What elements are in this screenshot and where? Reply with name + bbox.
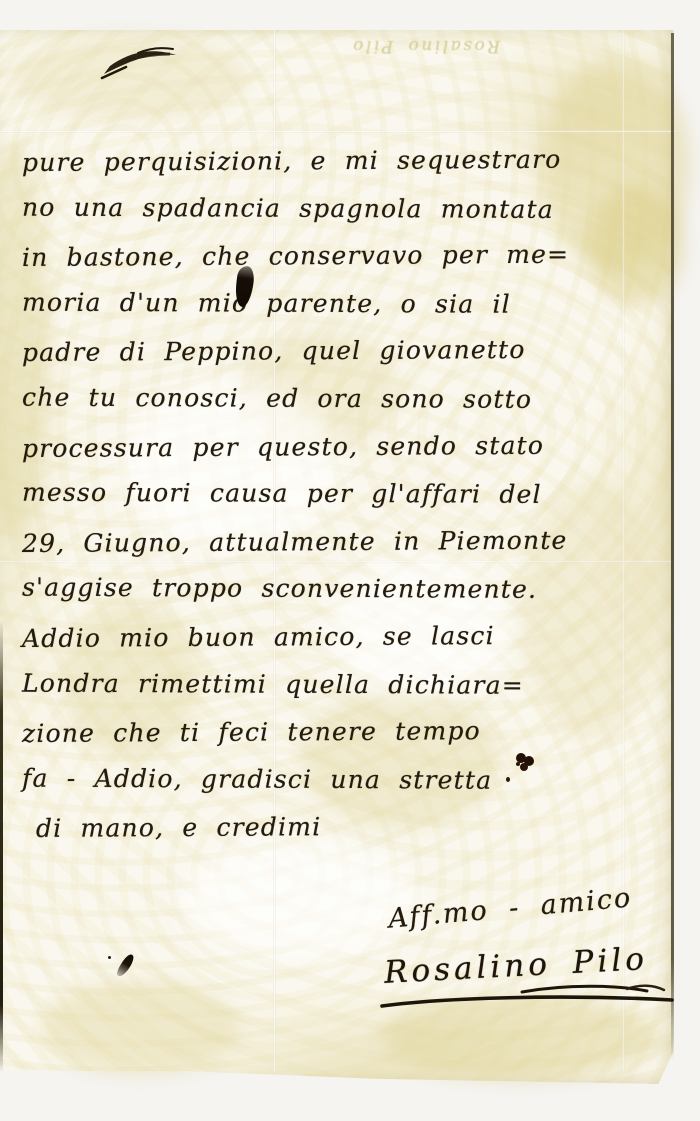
- ink-dot: [506, 777, 510, 782]
- paper-left-edge: [0, 620, 3, 1072]
- letter-line: pure perquisizioni, e mi sequestraro: [22, 144, 670, 196]
- letter-line: padre di Peppino, quel giovanetto: [22, 334, 670, 386]
- letter-line: in bastone, che conservavo per me=: [22, 239, 670, 291]
- scanned-letter-page: Rosalino Pilo pure perquisizioni, e mi s…: [0, 0, 700, 1121]
- letter-line: zione che ti feci tenere tempo: [22, 715, 670, 767]
- letter-line: di mano, e credimi: [22, 810, 670, 862]
- letter-line: processura per questo, sendo stato: [22, 430, 670, 482]
- letter-body: pure perquisizioni, e mi sequestraro no …: [22, 146, 670, 860]
- letter-line: 29, Giugno, attualmente in Piemonte: [22, 525, 670, 577]
- bleedthrough-signature: Rosalino Pilo: [288, 36, 500, 56]
- letter-line: no una spadancia spagnola montata: [22, 192, 670, 242]
- horizontal-fold-crease: [0, 130, 676, 133]
- paper-right-edge: [671, 33, 674, 1061]
- pen-wipe-smudge-icon: [98, 38, 183, 83]
- letter-line: Londra rimettimi quella dichiara=: [22, 668, 670, 718]
- ink-dot: [108, 956, 111, 959]
- letter-line: fa - Addio, gradisci una stretta: [22, 763, 670, 813]
- letter-line: moria d'un mio parente, o sia il: [22, 287, 670, 337]
- ink-splatter: [516, 753, 526, 763]
- paper-stain: [40, 980, 240, 1075]
- letter-line: Addio mio buon amico, se lasci: [22, 620, 670, 672]
- letter-line: messo fuori causa per gl'affari del: [22, 478, 670, 528]
- letter-line: che tu conosci, ed ora sono sotto: [22, 383, 670, 433]
- signature-underline-flourish: [372, 976, 682, 1016]
- letter-line: s'aggise troppo sconvenientemente.: [22, 573, 670, 623]
